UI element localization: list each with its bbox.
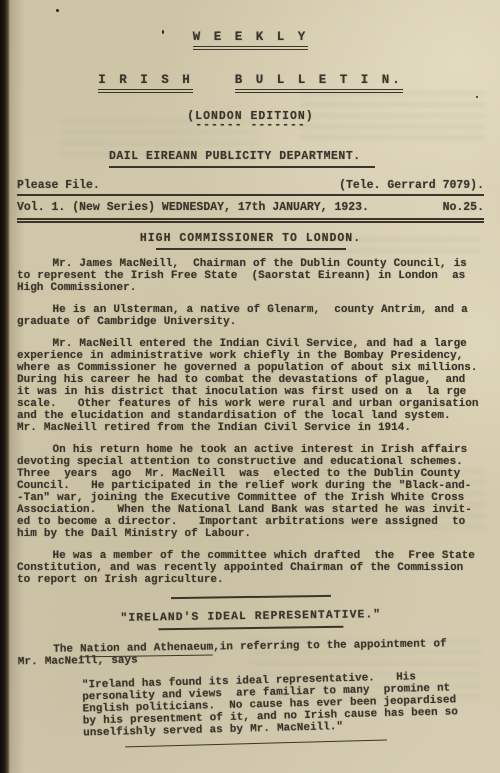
- edition-underline: ------ -------: [17, 122, 484, 129]
- article1-paragraph: Mr. MacNeill entered the Indian Civil Se…: [17, 338, 484, 434]
- page-content: W E E K L Y I R I S H B U L L E T I N. (…: [17, 0, 484, 744]
- masthead-weekly: W E E K L Y: [193, 30, 309, 50]
- issue-number: No.25.: [443, 201, 484, 214]
- binding-edge: [0, 0, 10, 773]
- department-line: DAIL EIREANN PUBLICITY DEPARTMENT.: [109, 150, 375, 168]
- article1-paragraph: He was a member of the committee which d…: [17, 550, 484, 586]
- bottom-rule: [125, 740, 387, 748]
- edition-row: (LONDON EDITION) ------ -------: [17, 110, 484, 129]
- article1-paragraph: Mr. James MacNeill, Chairman of the Dubl…: [17, 258, 484, 294]
- quote-block: "Ireland has found its ideal representat…: [82, 670, 486, 740]
- volume-row: Vol. 1. (New Series) WEDNESDAY, 17th JAN…: [17, 201, 484, 223]
- article2-heading: "IRELAND'S IDEAL REPRESENTATIVE.": [17, 607, 484, 627]
- intro-prefix: The: [18, 643, 81, 656]
- article1-heading-rule: [156, 248, 346, 250]
- article2-section: "IRELAND'S IDEAL REPRESENTATIVE." The Na…: [17, 593, 486, 748]
- masthead-title-row: I R I S H B U L L E T I N.: [17, 73, 484, 93]
- article2-heading-rule: [158, 626, 343, 631]
- article1-heading: HIGH COMMISSIONER TO LONDON.: [17, 232, 484, 245]
- masthead-title-bulletin: B U L L E T I N.: [235, 73, 403, 93]
- document-scan: W E E K L Y I R I S H B U L L E T I N. (…: [0, 0, 500, 773]
- masthead-title-irish: I R I S H: [98, 73, 193, 93]
- masthead-weekly-row: W E E K L Y: [17, 27, 484, 50]
- volume-line: Vol. 1. (New Series) WEDNESDAY, 17th JAN…: [17, 201, 369, 214]
- please-file-label: Please File.: [17, 179, 100, 192]
- article1-paragraph: On his return home he took an active int…: [17, 444, 484, 540]
- department-row: DAIL EIREANN PUBLICITY DEPARTMENT.: [109, 150, 484, 168]
- telephone-label: (Tele. Gerrard 7079).: [339, 179, 484, 192]
- section-divider-rule: [171, 595, 331, 599]
- file-row: Please File. (Tele. Gerrard 7079).: [17, 179, 484, 196]
- article1-paragraph: He is an Ulsterman, a native of Glenarm,…: [17, 304, 484, 328]
- article2-intro: The Nation and Athenaeum,in referring to…: [18, 638, 485, 669]
